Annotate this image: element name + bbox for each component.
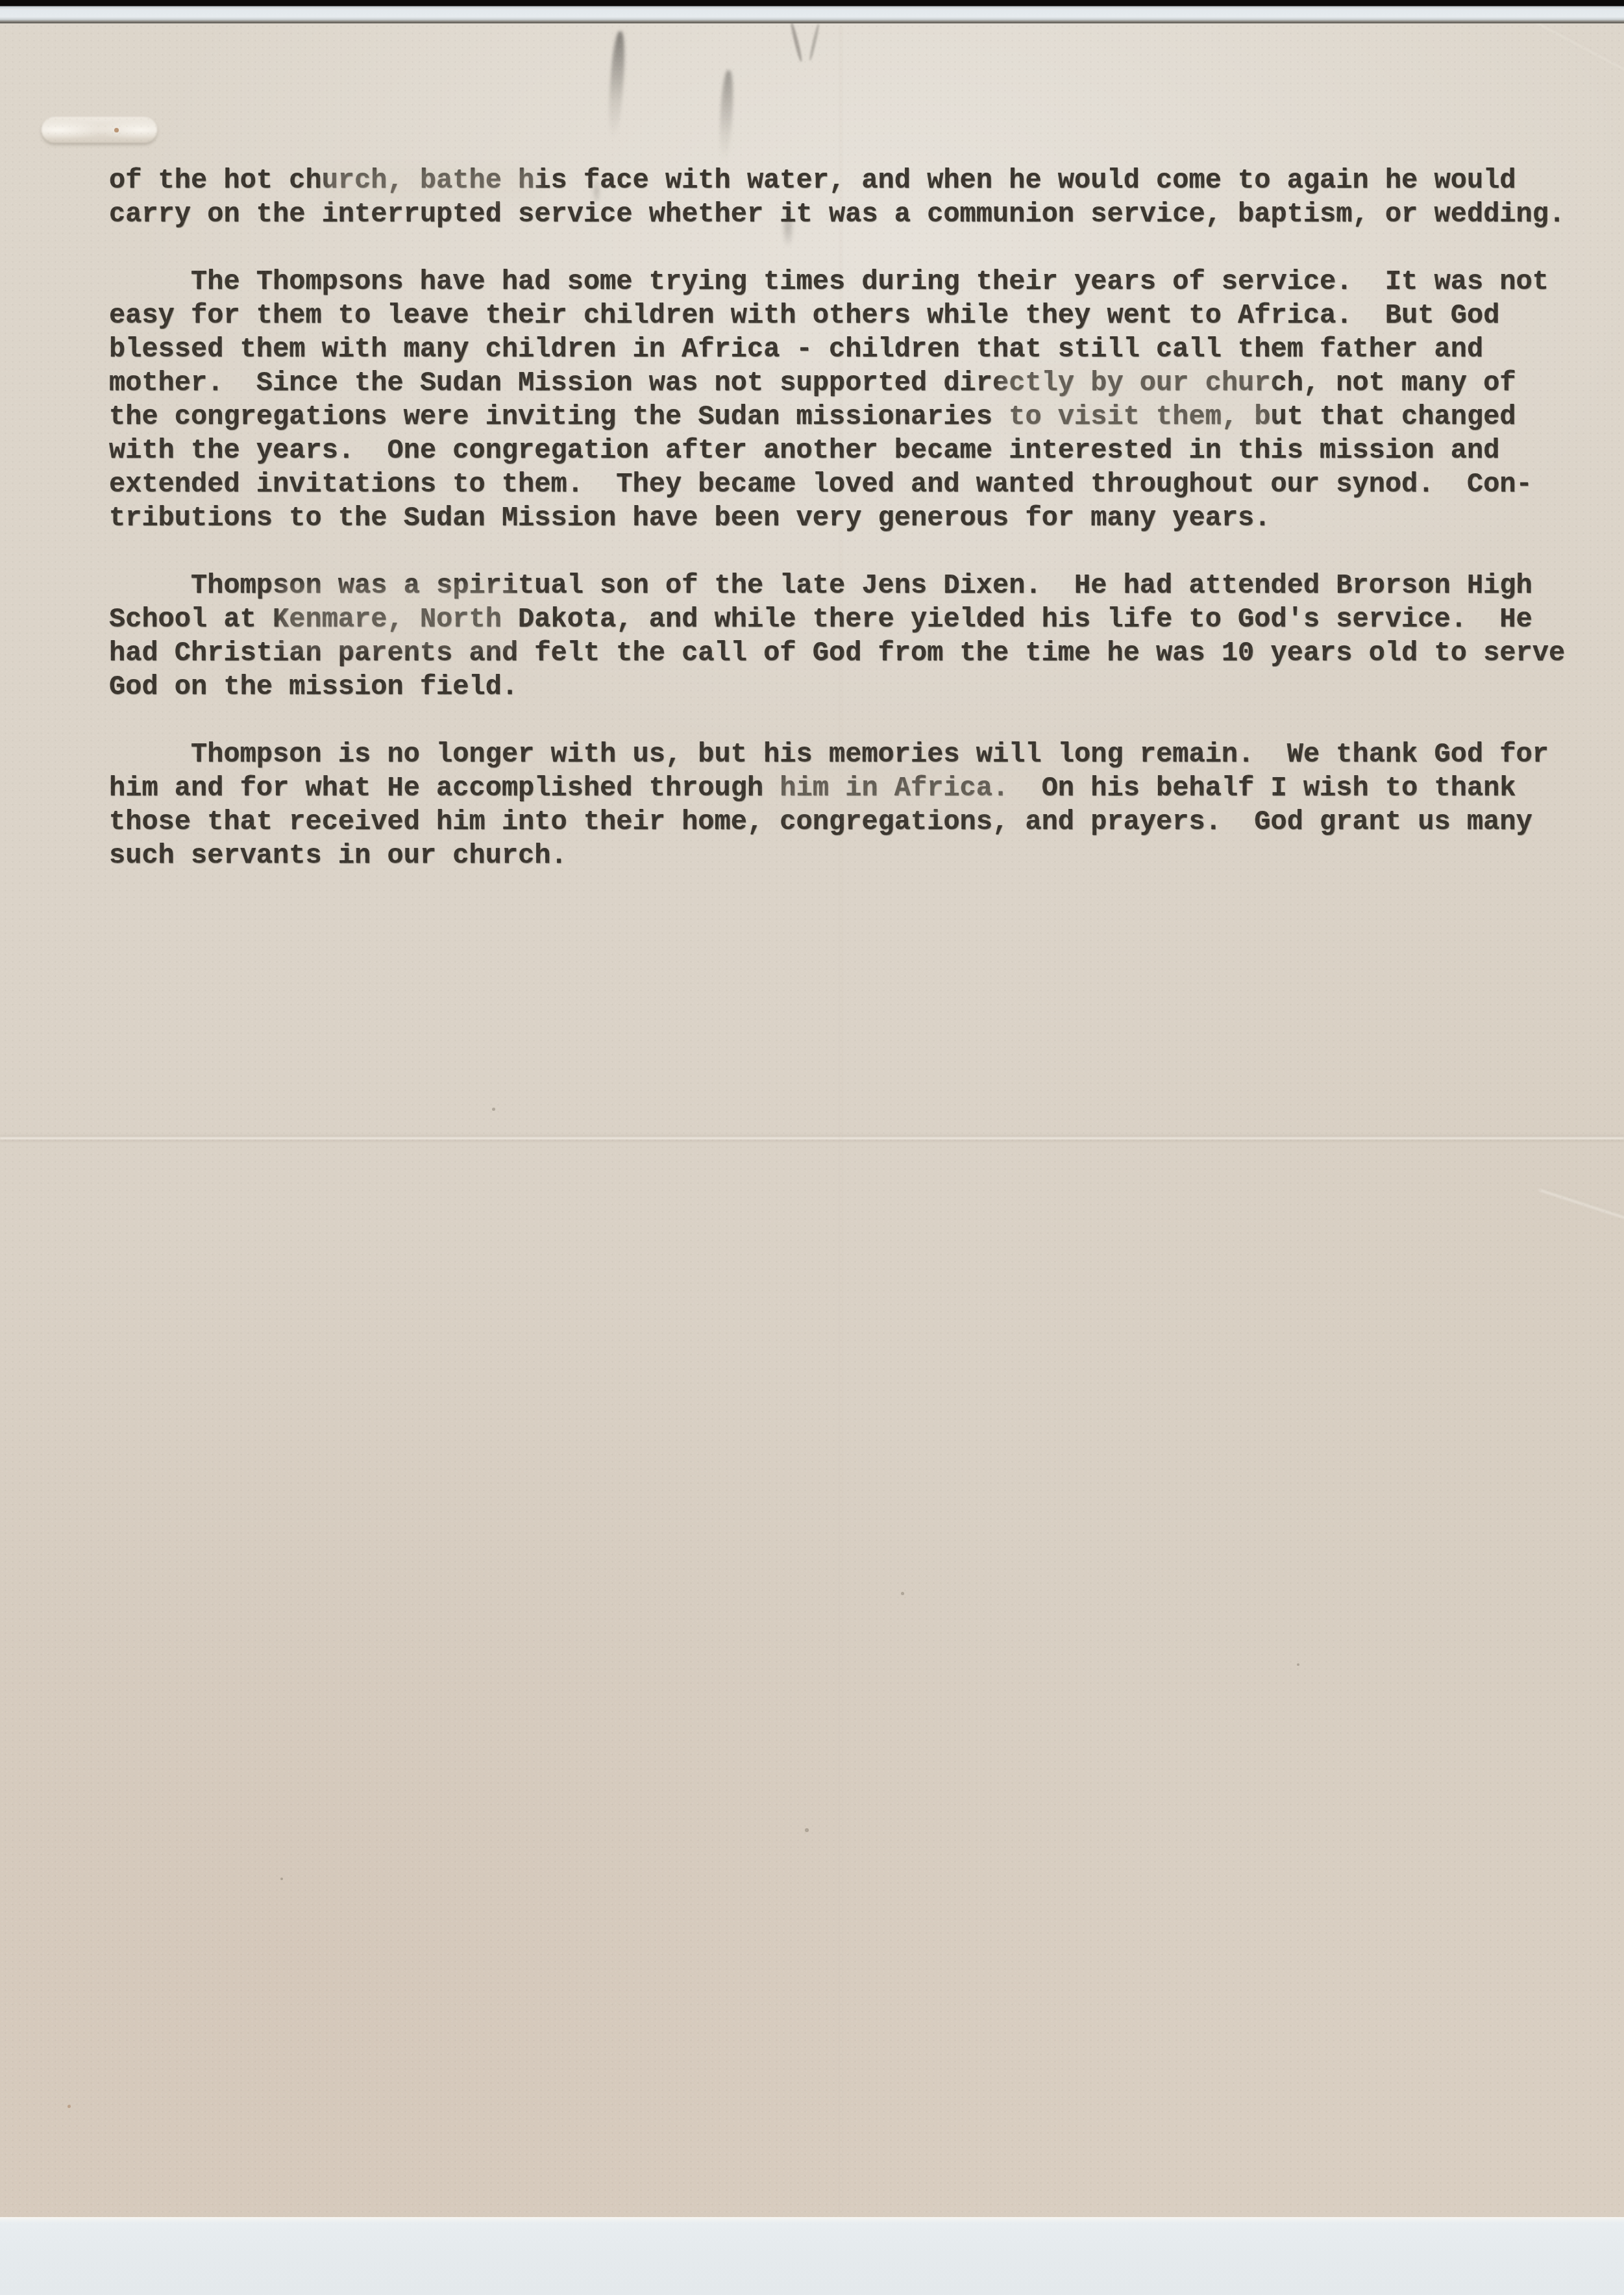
paragraph: Thompson was a spiritual son of the late… bbox=[109, 569, 1589, 704]
paragraph: Thompson is no longer with us, but his m… bbox=[109, 738, 1589, 873]
scanner-bed-top-strip bbox=[0, 0, 1624, 23]
paper-speck bbox=[805, 1828, 809, 1832]
typewritten-text: of the hot church, bathe his face with w… bbox=[109, 164, 1589, 873]
text-line: blessed them with many children in Afric… bbox=[109, 332, 1589, 366]
paper-speck bbox=[901, 1592, 904, 1595]
text-line: the congregations were inviting the Suda… bbox=[109, 400, 1589, 434]
text-line: School at Kenmare, North Dakota, and whi… bbox=[109, 602, 1589, 636]
text-line: God on the mission field. bbox=[109, 670, 1589, 704]
paper-speck bbox=[68, 2105, 71, 2108]
text-line: The Thompsons have had some trying times… bbox=[109, 265, 1589, 299]
paper-speck bbox=[1297, 1663, 1299, 1666]
text-line: with the years. One congregation after a… bbox=[109, 434, 1589, 467]
text-line: of the hot church, bathe his face with w… bbox=[109, 164, 1589, 197]
paper-speck bbox=[280, 1878, 283, 1880]
scanned-document-page: of the hot church, bathe his face with w… bbox=[0, 0, 1624, 2295]
text-line: such servants in our church. bbox=[109, 839, 1589, 873]
text-line: carry on the interrupted service whether… bbox=[109, 197, 1589, 231]
text-line: mother. Since the Sudan Mission was not … bbox=[109, 366, 1589, 400]
staple-tear-mark bbox=[42, 117, 157, 143]
text-line: those that received him into their home,… bbox=[109, 805, 1589, 839]
text-line: Thompson is no longer with us, but his m… bbox=[109, 738, 1589, 771]
rust-speck bbox=[114, 128, 119, 132]
paragraph: of the hot church, bathe his face with w… bbox=[109, 164, 1589, 231]
text-line: tributions to the Sudan Mission have bee… bbox=[109, 501, 1589, 535]
fold-crease-horizontal bbox=[0, 1134, 1624, 1142]
text-line: easy for them to leave their children wi… bbox=[109, 299, 1589, 332]
scanner-bed-bottom-strip bbox=[0, 2217, 1624, 2295]
paper-speck bbox=[492, 1108, 495, 1111]
text-line: had Christian parents and felt the call … bbox=[109, 636, 1589, 670]
text-line: Thompson was a spiritual son of the late… bbox=[109, 569, 1589, 602]
paragraph: The Thompsons have had some trying times… bbox=[109, 265, 1589, 535]
text-line: him and for what He accomplished through… bbox=[109, 771, 1589, 805]
text-line: extended invitations to them. They becam… bbox=[109, 467, 1589, 501]
